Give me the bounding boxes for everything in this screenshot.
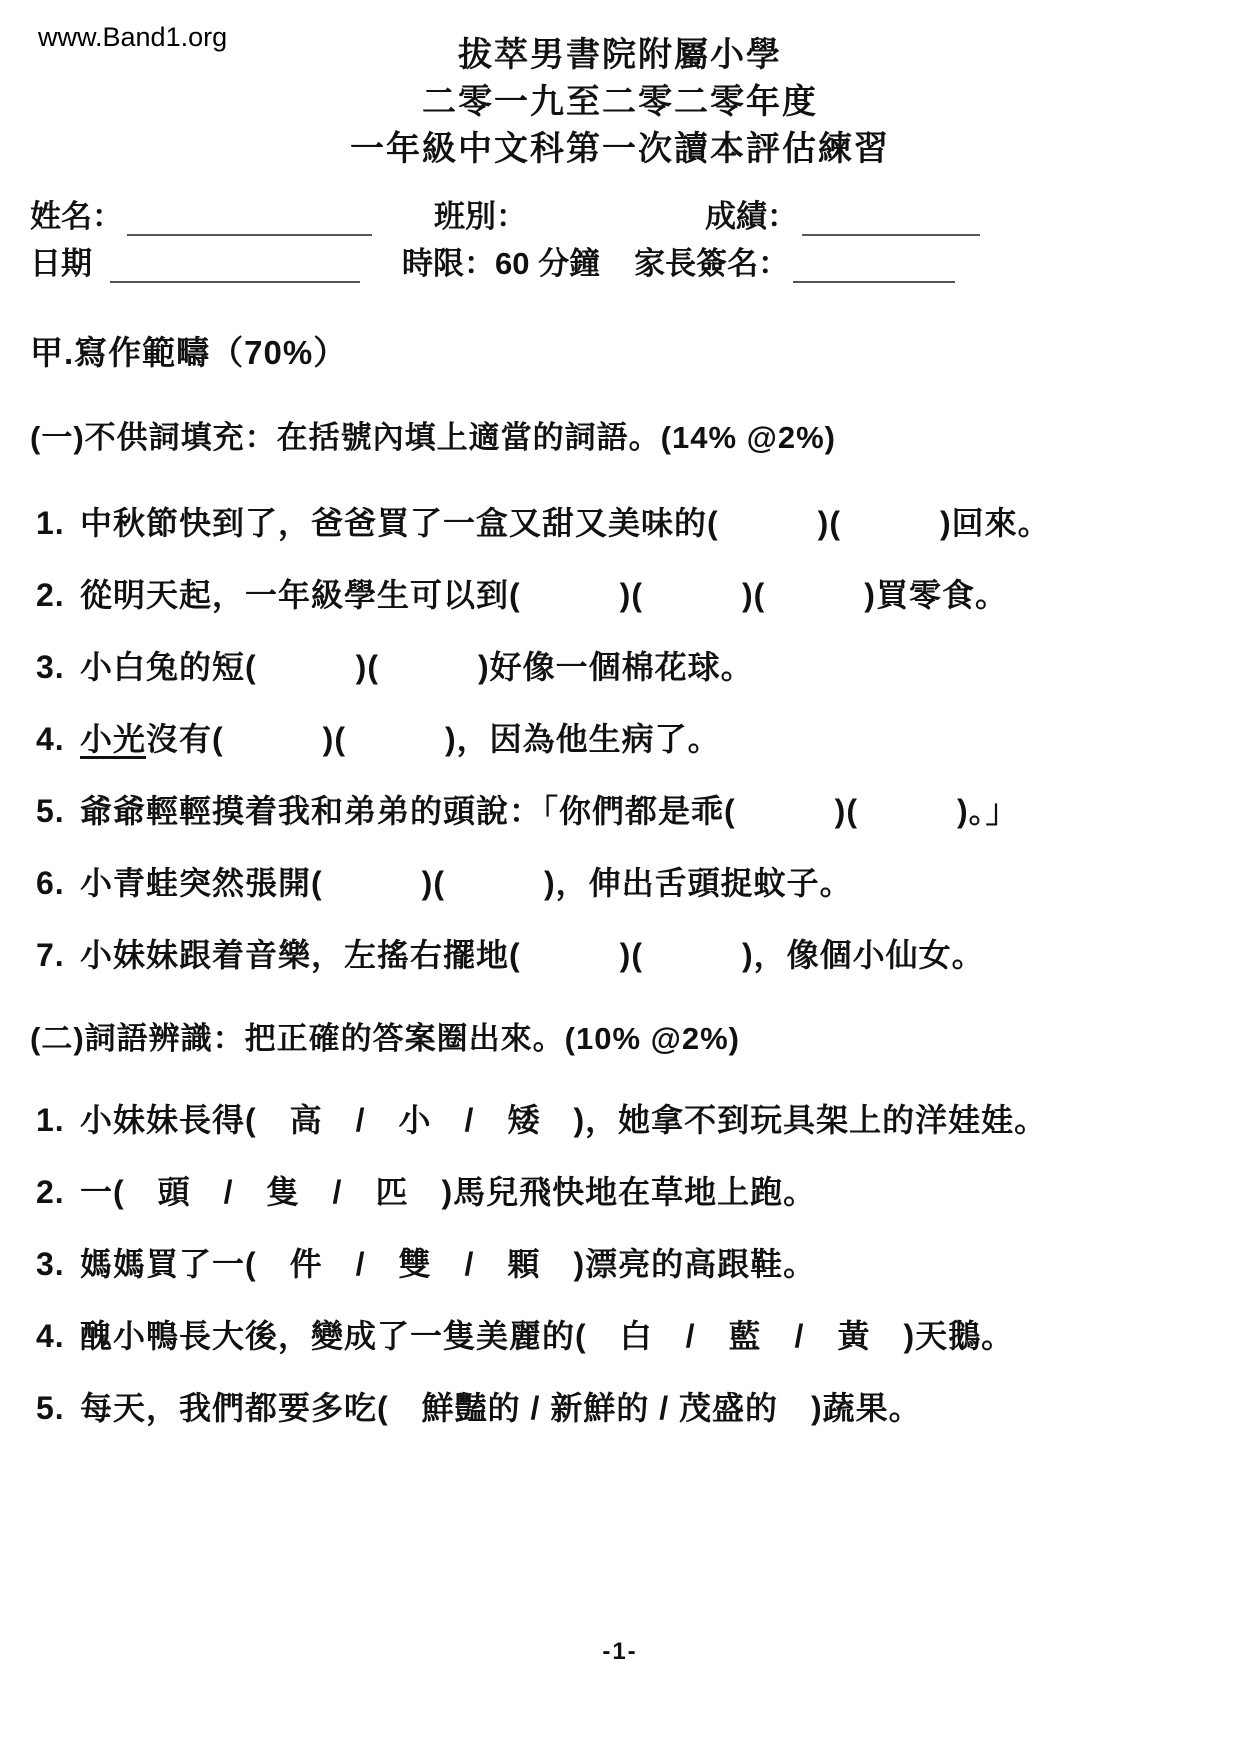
- part1-heading: (一)不供詞填充：在括號內填上適當的詞語。(14% @2%): [30, 412, 1210, 457]
- question-number: 7.: [30, 935, 80, 975]
- question-number: 2.: [30, 1172, 80, 1212]
- time-limit-label: 時限：60 分鐘: [402, 238, 600, 283]
- section-a-heading: 甲.寫作範疇（70%）: [30, 327, 1210, 374]
- exam-page: www.Band1.org 拔萃男書院附屬小學 二零一九至二零二零年度 一年級中…: [0, 0, 1240, 1754]
- parent-signature-label: 家長簽名：: [634, 238, 789, 283]
- form-row-1: 姓名： 班別： 成績：: [30, 189, 1210, 236]
- question-text: 小光沒有( )( )，因為他生病了。: [80, 719, 1210, 759]
- question-row: 5.爺爺輕輕摸着我和弟弟的頭說：「你們都是乖( )( )。」: [30, 791, 1210, 831]
- question-number: 1.: [30, 503, 80, 543]
- question-text: 小青蛙突然張開( )( )，伸出舌頭捉蚊子。: [80, 863, 1210, 903]
- question-text: 爺爺輕輕摸着我和弟弟的頭說：「你們都是乖( )( )。」: [80, 791, 1210, 831]
- score-blank: [802, 200, 980, 236]
- name-blank: [127, 200, 372, 236]
- question-number: 2.: [30, 575, 80, 615]
- academic-year: 二零一九至二零二零年度: [30, 79, 1210, 126]
- question-text: 醜小鴨長大後，變成了一隻美麗的( 白 / 藍 / 黃 )天鵝。: [80, 1316, 1210, 1356]
- question-row: 1.中秋節快到了，爸爸買了一盒又甜又美味的( )( )回來。: [30, 503, 1210, 543]
- question-row: 7.小妹妹跟着音樂，左搖右擺地( )( )，像個小仙女。: [30, 935, 1210, 975]
- question-row: 2.從明天起，一年級學生可以到( )( )( )買零食。: [30, 575, 1210, 615]
- question-row: 3.小白兔的短( )( )好像一個棉花球。: [30, 647, 1210, 687]
- student-info-form: 姓名： 班別： 成績： 日期 時限：60 分鐘 家長簽名：: [30, 189, 1210, 283]
- part2-question-list: 1.小妹妹長得( 高 / 小 / 矮 )，她拿不到玩具架上的洋娃娃。2.一( 頭…: [30, 1100, 1210, 1428]
- question-text: 媽媽買了一( 件 / 雙 / 顆 )漂亮的高跟鞋。: [80, 1244, 1210, 1284]
- question-row: 6.小青蛙突然張開( )( )，伸出舌頭捉蚊子。: [30, 863, 1210, 903]
- question-text: 中秋節快到了，爸爸買了一盒又甜又美味的( )( )回來。: [80, 503, 1210, 543]
- question-row: 2.一( 頭 / 隻 / 匹 )馬兒飛快地在草地上跑。: [30, 1172, 1210, 1212]
- question-row: 1.小妹妹長得( 高 / 小 / 矮 )，她拿不到玩具架上的洋娃娃。: [30, 1100, 1210, 1140]
- form-row-2: 日期 時限：60 分鐘 家長簽名：: [30, 236, 1210, 283]
- date-blank: [110, 247, 360, 283]
- watermark-url: www.Band1.org: [38, 22, 227, 53]
- question-text: 小白兔的短( )( )好像一個棉花球。: [80, 647, 1210, 687]
- date-label: 日期: [30, 238, 92, 283]
- class-label: 班別：: [434, 191, 527, 236]
- question-number: 3.: [30, 1244, 80, 1284]
- question-text: 小妹妹跟着音樂，左搖右擺地( )( )，像個小仙女。: [80, 935, 1210, 975]
- question-number: 4.: [30, 1316, 80, 1356]
- question-text: 每天，我們都要多吃( 鮮豔的 / 新鮮的 / 茂盛的 )蔬果。: [80, 1388, 1210, 1428]
- question-row: 4.醜小鴨長大後，變成了一隻美麗的( 白 / 藍 / 黃 )天鵝。: [30, 1316, 1210, 1356]
- question-number: 5.: [30, 791, 80, 831]
- exam-header: 拔萃男書院附屬小學 二零一九至二零二零年度 一年級中文科第一次讀本評估練習: [30, 32, 1210, 173]
- name-label: 姓名：: [30, 191, 123, 236]
- question-number: 3.: [30, 647, 80, 687]
- question-number: 1.: [30, 1100, 80, 1140]
- part2-heading: (二)詞語辨識：把正確的答案圈出來。(10% @2%): [30, 1013, 1210, 1058]
- question-row: 4.小光沒有( )( )，因為他生病了。: [30, 719, 1210, 759]
- parent-signature-blank: [793, 247, 955, 283]
- exam-title: 一年級中文科第一次讀本評估練習: [30, 126, 1210, 173]
- question-number: 4.: [30, 719, 80, 759]
- question-text: 小妹妹長得( 高 / 小 / 矮 )，她拿不到玩具架上的洋娃娃。: [80, 1100, 1210, 1140]
- question-text: 從明天起，一年級學生可以到( )( )( )買零食。: [80, 575, 1210, 615]
- part1-question-list: 1.中秋節快到了，爸爸買了一盒又甜又美味的( )( )回來。2.從明天起，一年級…: [30, 503, 1210, 975]
- score-label: 成績：: [705, 191, 798, 236]
- question-number: 6.: [30, 863, 80, 903]
- question-text: 一( 頭 / 隻 / 匹 )馬兒飛快地在草地上跑。: [80, 1172, 1210, 1212]
- underlined-word: 小光: [80, 721, 146, 757]
- question-number: 5.: [30, 1388, 80, 1428]
- question-row: 5.每天，我們都要多吃( 鮮豔的 / 新鮮的 / 茂盛的 )蔬果。: [30, 1388, 1210, 1428]
- question-row: 3.媽媽買了一( 件 / 雙 / 顆 )漂亮的高跟鞋。: [30, 1244, 1210, 1284]
- page-number: -1-: [0, 1638, 1240, 1666]
